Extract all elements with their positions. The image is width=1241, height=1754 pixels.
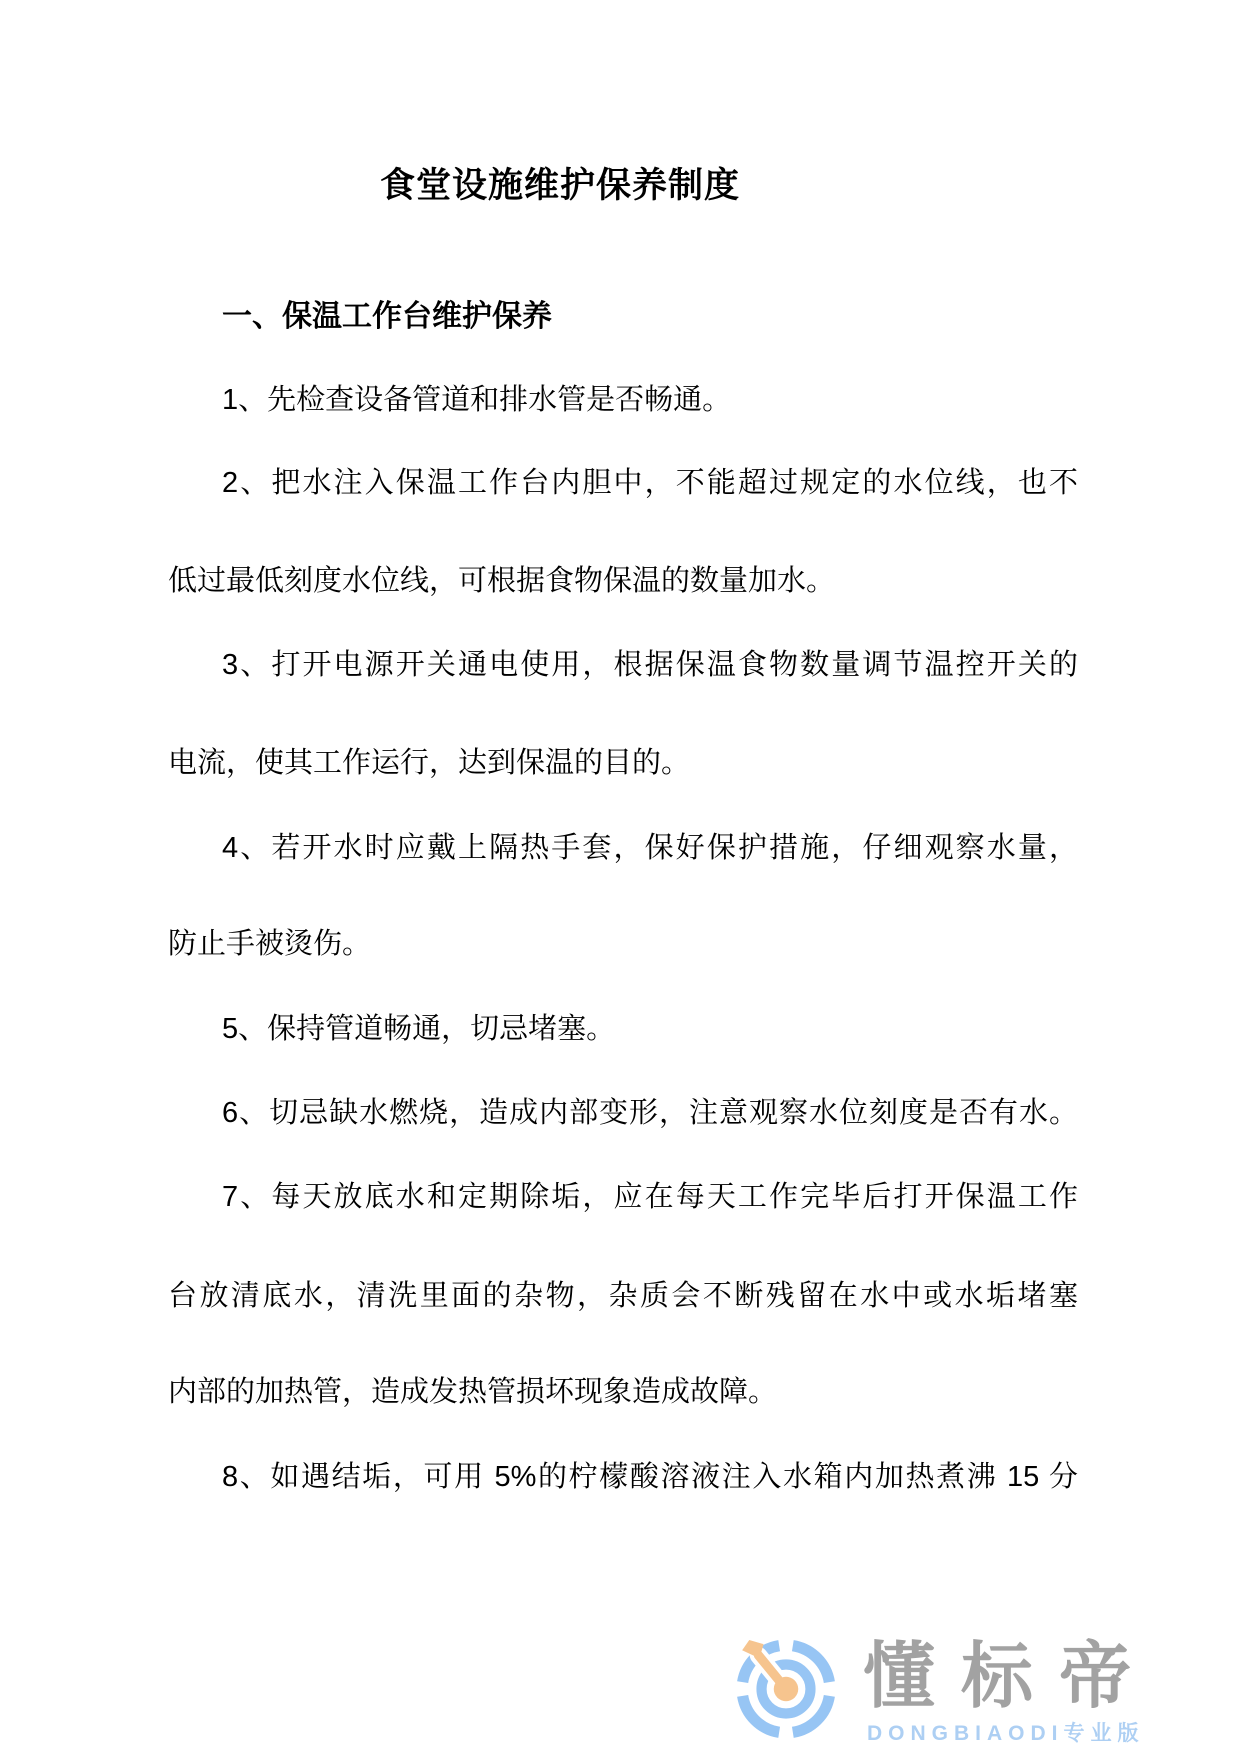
doc-line: 内部的加热管，造成发热管损坏现象造成故障。 bbox=[168, 1370, 1078, 1414]
doc-line: 电流，使其工作运行，达到保温的目的。 bbox=[168, 741, 1078, 785]
doc-line: 5、保持管道畅通，切忌堵塞。 bbox=[222, 1007, 1078, 1051]
doc-line: 防止手被烫伤。 bbox=[168, 922, 1078, 966]
document-page: 食堂设施维护保养制度 一、保温工作台维护保养 1、先检查设备管道和排水管是否畅通… bbox=[0, 0, 1241, 1754]
brand-name: 懂标帝 bbox=[863, 1638, 1157, 1716]
document-title: 食堂设施维护保养制度 bbox=[0, 162, 1120, 210]
doc-line: 3、打开电源开关通电使用，根据保温食物数量调节温控开关的 bbox=[222, 643, 1078, 687]
doc-line: 2、把水注入保温工作台内胆中，不能超过规定的水位线，也不 bbox=[222, 461, 1078, 505]
doc-line: 1、先检查设备管道和排水管是否畅通。 bbox=[222, 378, 1078, 422]
section-heading: 一、保温工作台维护保养 bbox=[222, 296, 552, 338]
target-dart-icon bbox=[735, 1638, 837, 1740]
doc-line: 台放清底水，清洗里面的杂物，杂质会不断残留在水中或水垢堵塞 bbox=[168, 1274, 1078, 1318]
doc-line: 4、若开水时应戴上隔热手套，保好保护措施，仔细观察水量， bbox=[222, 826, 1078, 870]
brand-watermark: 懂标帝 DONGBIAODI专业版 bbox=[735, 1632, 1205, 1754]
brand-subtitle: DONGBIAODI专业版 bbox=[867, 1722, 1145, 1746]
doc-line: 低过最低刻度水位线，可根据食物保温的数量加水。 bbox=[168, 559, 1078, 603]
doc-line: 8、如遇结垢，可用 5%的柠檬酸溶液注入水箱内加热煮沸 15 分 bbox=[222, 1455, 1078, 1499]
doc-line: 6、切忌缺水燃烧，造成内部变形，注意观察水位刻度是否有水。 bbox=[222, 1091, 1078, 1135]
doc-line: 7、每天放底水和定期除垢，应在每天工作完毕后打开保温工作 bbox=[222, 1175, 1078, 1219]
